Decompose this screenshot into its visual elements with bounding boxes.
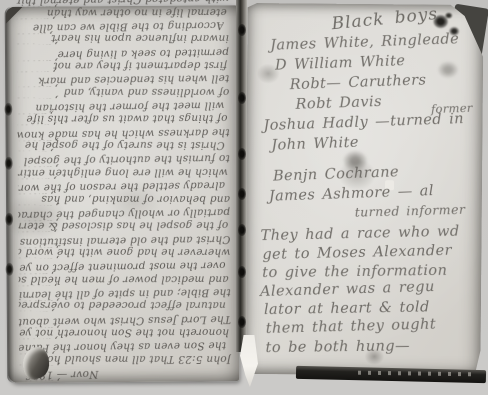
handwriting-line: The Lord Jesus Christ who went aboutfunc…: [19, 312, 231, 328]
inserted-word: function sup() { [native code] }: [17, 30, 52, 34]
left-page-edge-shading: [5, 7, 15, 383]
stitch-knot-icon: [238, 148, 246, 160]
inserted-word: function sup() { [native code] }: [17, 122, 55, 125]
left-page-handwriting: Novr — 1836function sup() { [native code…: [17, 8, 232, 379]
page-title: Black boys: [331, 4, 439, 34]
binding-mark: [5, 157, 13, 170]
handwriting-line: Christ and the old eternal institutionsf…: [18, 231, 230, 247]
inserted-word: function sup() { [native code] }: [18, 244, 58, 248]
inserted-word: function sup() { [native code] }: [19, 335, 57, 338]
handwriting-line: permitted to seek a living herefunction …: [17, 45, 229, 61]
stitch-knot-icon: [238, 224, 246, 236]
inserted-word: former: [431, 101, 473, 116]
right-page: Black boys James White, RingleadeD Willi…: [244, 3, 483, 376]
inserted-word: function sup() { [native code] }: [17, 94, 57, 98]
handwriting-line: Novr — 1836function sup() { [native code…: [19, 365, 231, 381]
inserted-word: function sup() { [native code] }: [17, 57, 57, 61]
inserted-word: function sup() { [native code] }: [19, 308, 54, 312]
stitch-knot-icon: [238, 316, 246, 328]
handwriting-line: to be both hung—: [257, 337, 477, 358]
inserted-word: function sup() { [native code] }: [17, 137, 57, 141]
inserted-word: function sup() { [native code] }: [18, 175, 56, 178]
inserted-word: function sup() { [native code] }: [17, 41, 57, 45]
inserted-word: function sup() { [native code] }: [17, 15, 55, 18]
inserted-word: function sup() { [native code] }: [19, 297, 59, 301]
handwriting-line: which he will ere long enlighten entirel…: [18, 165, 228, 179]
stitch-knot-icon: [238, 266, 246, 278]
binding-mark: [5, 213, 13, 226]
handwriting-line: the darkness which he has made knownfunc…: [17, 125, 229, 141]
torn-paper-stub: [240, 335, 258, 387]
left-page: Novr — 1836function sup() { [native code…: [6, 5, 240, 383]
spine: [236, 0, 247, 352]
binding-mark: [4, 103, 12, 116]
right-page-handwriting: James White, RingleadeD William WhiteRob…: [258, 38, 481, 360]
inserted-word: function sup() { [native code] }: [17, 69, 55, 72]
inserted-word: function sup() { [native code] }: [18, 201, 58, 205]
stitch-knot-icon: [238, 24, 246, 36]
stitch-knot-icon: [238, 188, 246, 200]
inserted-word: function sup() { [native code] }: [18, 217, 58, 221]
inserted-word: function sup() { [native code] }: [19, 324, 59, 328]
inserted-word: function sup() { [native code] }: [18, 254, 58, 258]
inserted-word: function sup() { [native code] }: [17, 110, 52, 114]
handwriting-line: partially or wholly changed the characte…: [18, 205, 230, 221]
manuscript-photo: Novr — 1836function sup() { [native code…: [0, 0, 488, 395]
stitch-knot-icon: [238, 92, 246, 104]
inserted-word: function sup() { [native code] }: [19, 282, 57, 285]
inserted-word: function sup() { [native code] }: [18, 229, 56, 232]
under-page-scribbles: [351, 371, 471, 377]
inserted-word: function sup() { [native code] }: [18, 148, 53, 152]
handwriting-line: the Bible; and in spite of all the learn…: [19, 285, 231, 301]
binding-mark: [5, 263, 13, 276]
